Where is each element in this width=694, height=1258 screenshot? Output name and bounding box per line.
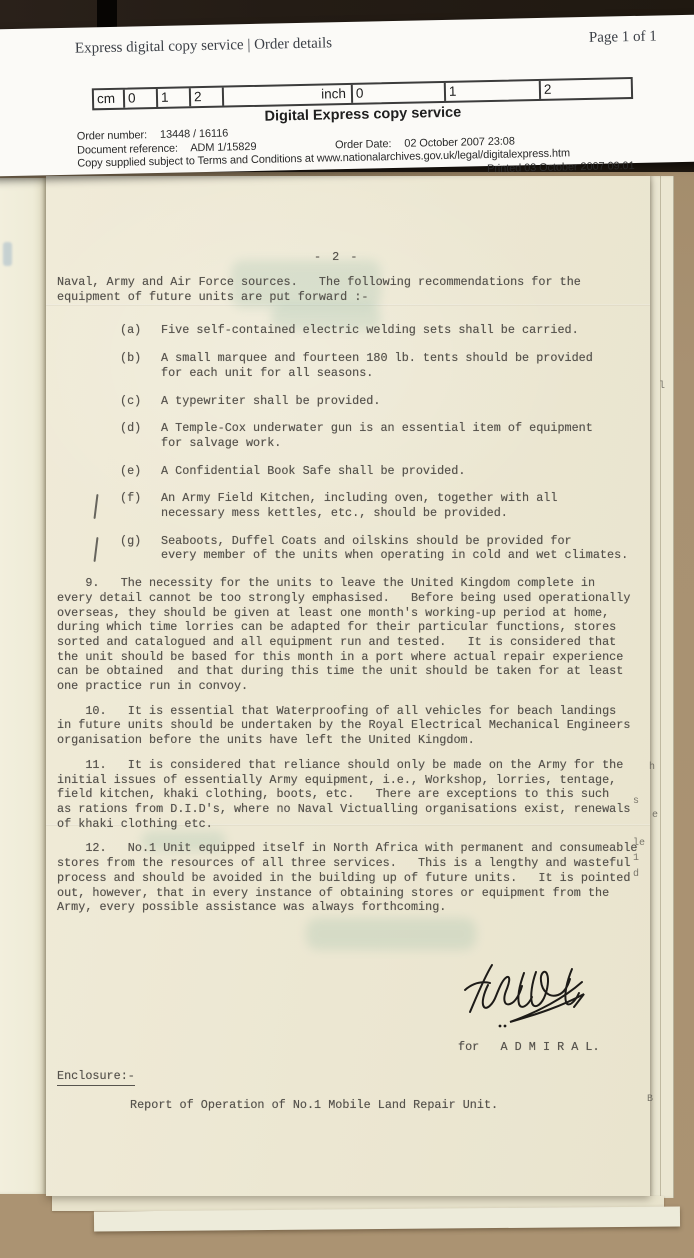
typed-line: field kitchen, khaki clothing, boots, et…: [57, 787, 649, 802]
typed-line: in future units should be undertaken by …: [57, 718, 649, 733]
typed-line: as rations from D.I.D's, where no Naval …: [57, 802, 649, 817]
ruler-cell: 1: [158, 88, 191, 107]
item-text: A small marquee and fourteen 180 lb. ten…: [161, 351, 593, 380]
typed-line: overseas, they should be given at least …: [57, 606, 649, 621]
item-text: A typewriter shall be provided.: [161, 394, 380, 409]
item-label: (b): [120, 351, 147, 380]
ruler-cell: inch: [224, 85, 353, 106]
left-page-edge: [0, 178, 46, 1194]
typed-line: for each unit for all seasons.: [161, 366, 593, 381]
edge-fragment: d: [633, 869, 639, 880]
list-item: (e)A Confidential Book Safe shall be pro…: [57, 464, 649, 479]
paragraph: 9. The necessity for the units to leave …: [57, 576, 649, 694]
left-edge-blue-mark: [3, 242, 12, 266]
typed-line: equipment of future units are put forwar…: [57, 290, 649, 305]
typed-line: organisation before the units have left …: [57, 733, 649, 748]
typed-line: for salvage work.: [161, 436, 593, 451]
typed-line: can be obtained and that during this tim…: [57, 664, 649, 679]
list-item: (d)A Temple-Cox underwater gun is an ess…: [57, 421, 649, 450]
edge-fragment: l: [659, 381, 665, 392]
edge-fragment: s: [633, 796, 639, 807]
typed-line: An Army Field Kitchen, including oven, t…: [161, 491, 557, 506]
item-text: Seaboots, Duffel Coats and oilskins shou…: [161, 534, 628, 563]
typed-line: necessary mess kettles, etc., should be …: [161, 506, 557, 521]
typed-line: 12. No.1 Unit equipped itself in North A…: [57, 841, 649, 856]
paragraph: 11. It is considered that reliance shoul…: [57, 758, 649, 832]
ruler-cell: 2: [541, 79, 631, 99]
doc-ref-value: ADM 1/15829: [190, 141, 256, 154]
typed-line: A small marquee and fourteen 180 lb. ten…: [161, 351, 593, 366]
doc-ref-label: Document reference:: [77, 142, 178, 156]
paragraph: 10. It is essential that Waterproofing o…: [57, 704, 649, 748]
typed-line: the unit should be based for this month …: [57, 650, 649, 665]
ruler-cell: 0: [125, 89, 158, 108]
item-text: A Confidential Book Safe shall be provid…: [161, 464, 465, 479]
ruler-cell: 1: [446, 81, 541, 101]
recommendation-list: (a)Five self-contained electric welding …: [57, 323, 649, 563]
typed-line: sorted and catalogued and all equipment …: [57, 635, 649, 650]
typed-line: Five self-contained electric welding set…: [161, 323, 579, 338]
slip-title: Express digital copy service | Order det…: [75, 35, 332, 57]
list-item: (g)Seaboots, Duffel Coats and oilskins s…: [57, 534, 649, 563]
item-text: Five self-contained electric welding set…: [161, 323, 579, 338]
signature: [460, 958, 588, 1038]
intro-paragraph: Naval, Army and Air Force sources. The f…: [57, 275, 649, 304]
item-label: (d): [120, 421, 147, 450]
edge-fragment: 1: [633, 853, 639, 864]
order-slip: Express digital copy service | Order det…: [0, 15, 694, 177]
enclosure-heading: Enclosure:-: [57, 1066, 135, 1086]
typed-line: every detail cannot be too strongly emph…: [57, 591, 649, 606]
typed-line: Army, every possible assistance was alwa…: [57, 900, 649, 915]
numbered-paragraphs: 9. The necessity for the units to leave …: [57, 576, 649, 915]
edge-fragment: le: [633, 838, 645, 849]
order-date-value: 02 October 2007 23:08: [404, 135, 515, 149]
order-number-label: Order number:: [77, 129, 147, 142]
typed-line: out, however, that in every instance of …: [57, 886, 649, 901]
edge-fragment: e: [652, 810, 658, 821]
typed-line: of khaki clothing etc.: [57, 817, 649, 832]
item-text: A Temple-Cox underwater gun is an essent…: [161, 421, 593, 450]
typed-line: one practice run in convoy.: [57, 679, 649, 694]
item-label: (c): [120, 394, 147, 409]
signature-for-admiral: for A D M I R A L.: [458, 1040, 600, 1055]
paragraph: 12. No.1 Unit equipped itself in North A…: [57, 841, 649, 915]
list-item: (f)An Army Field Kitchen, including oven…: [57, 491, 649, 520]
edge-fragment: B: [647, 1094, 653, 1105]
typed-line: process and should be avoided in the bui…: [57, 871, 649, 886]
list-item: (b)A small marquee and fourteen 180 lb. …: [57, 351, 649, 380]
ruler-cell: 2: [191, 88, 224, 107]
enclosure-item: Report of Operation of No.1 Mobile Land …: [130, 1098, 498, 1113]
page-number: - 2 -: [314, 250, 359, 265]
typed-line: Seaboots, Duffel Coats and oilskins shou…: [161, 534, 628, 549]
typed-line: every member of the units when operating…: [161, 548, 628, 563]
item-label: (e): [120, 464, 147, 479]
list-item: (a)Five self-contained electric welding …: [57, 323, 649, 338]
typed-line: during which time lorries can be adapted…: [57, 620, 649, 635]
typed-line: A typewriter shall be provided.: [161, 394, 380, 409]
typed-line: 9. The necessity for the units to leave …: [57, 576, 649, 591]
right-page-edges: [650, 176, 674, 1198]
order-date-label: Order Date:: [335, 138, 392, 151]
typed-line: 10. It is essential that Waterproofing o…: [57, 704, 649, 719]
edge-fragment: h: [649, 762, 655, 773]
item-label: (a): [120, 323, 147, 338]
item-label: (f): [120, 491, 147, 520]
item-label: (g): [120, 534, 147, 563]
bottom-sheet-edge-2: [94, 1206, 680, 1231]
typed-content: Naval, Army and Air Force sources. The f…: [57, 275, 649, 925]
order-number-value: 13448 / 16116: [160, 127, 228, 140]
typed-line: initial issues of essentially Army equip…: [57, 773, 649, 788]
typed-line: A Confidential Book Safe shall be provid…: [161, 464, 465, 479]
typed-line: 11. It is considered that reliance shoul…: [57, 758, 649, 773]
ruler-cell: cm: [94, 90, 125, 109]
typed-line: Naval, Army and Air Force sources. The f…: [57, 275, 649, 290]
item-text: An Army Field Kitchen, including oven, t…: [161, 491, 557, 520]
ruler-cell: 0: [353, 83, 446, 103]
scanned-page: - 2 - Naval, Army and Air Force sources.…: [46, 176, 650, 1196]
typed-line: stores from the resources of all three s…: [57, 856, 649, 871]
slip-page-label: Page 1 of 1: [589, 29, 657, 47]
typed-line: A Temple-Cox underwater gun is an essent…: [161, 421, 593, 436]
list-item: (c)A typewriter shall be provided.: [57, 394, 649, 409]
